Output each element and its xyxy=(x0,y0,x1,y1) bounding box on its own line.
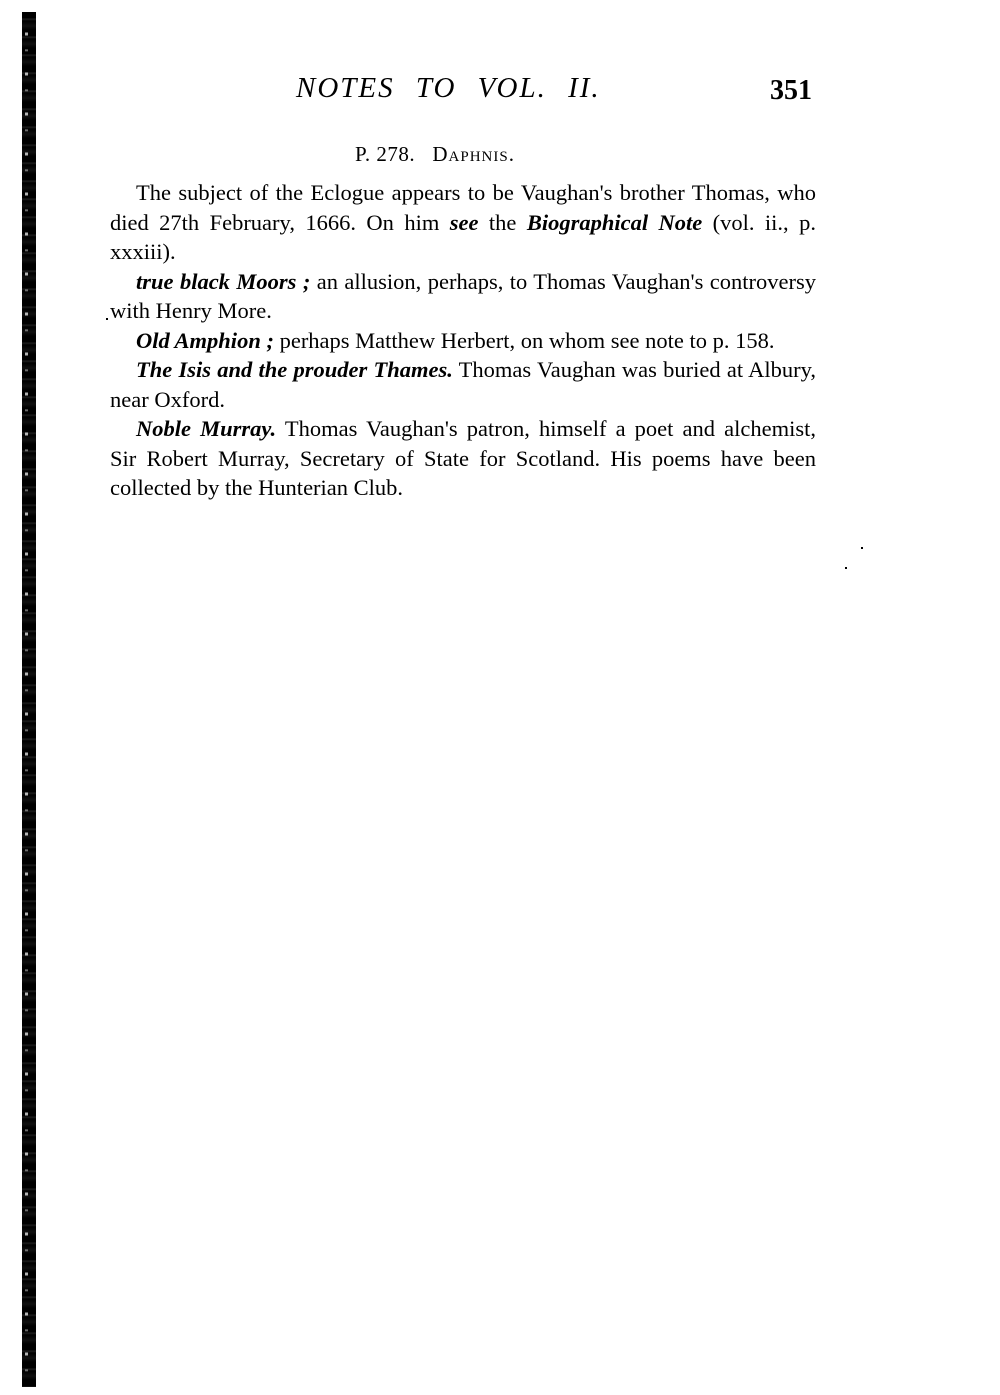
note-paragraph: The Isis and the prouder Thames. Thomas … xyxy=(110,355,816,414)
note-paragraph: true black Moors ; an allusion, perhaps,… xyxy=(110,267,816,326)
note-paragraph: Noble Murray. Thomas Vaughan's patron, h… xyxy=(110,414,816,503)
section-heading: P. 278. Daphnis. xyxy=(355,142,515,167)
note-paragraph: Old Amphion ; perhaps Matthew Herbert, o… xyxy=(110,326,816,356)
note-lemma: Old Amphion ; xyxy=(136,328,274,353)
running-head: NOTES TO VOL. II. xyxy=(296,72,601,105)
notes-body: The subject of the Eclogue appears to be… xyxy=(110,178,816,503)
note-paragraph: The subject of the Eclogue appears to be… xyxy=(110,178,816,267)
scan-speck xyxy=(845,567,847,569)
note-lemma: The Isis and the prouder Thames. xyxy=(136,357,453,382)
note-emphasis: Biographical Note xyxy=(527,210,702,235)
page-number: 351 xyxy=(770,75,812,107)
note-text: the xyxy=(478,210,526,235)
note-text: perhaps Matthew Herbert, on whom see not… xyxy=(274,328,775,353)
note-emphasis: see xyxy=(450,210,479,235)
book-binding-edge xyxy=(22,12,36,1387)
scan-speck xyxy=(106,318,108,320)
note-lemma: Noble Murray. xyxy=(136,416,276,441)
section-page-ref: P. 278. xyxy=(355,142,415,166)
note-lemma: true black Moors ; xyxy=(136,269,310,294)
section-title: Daphnis. xyxy=(432,142,515,166)
scan-speck xyxy=(861,547,863,549)
